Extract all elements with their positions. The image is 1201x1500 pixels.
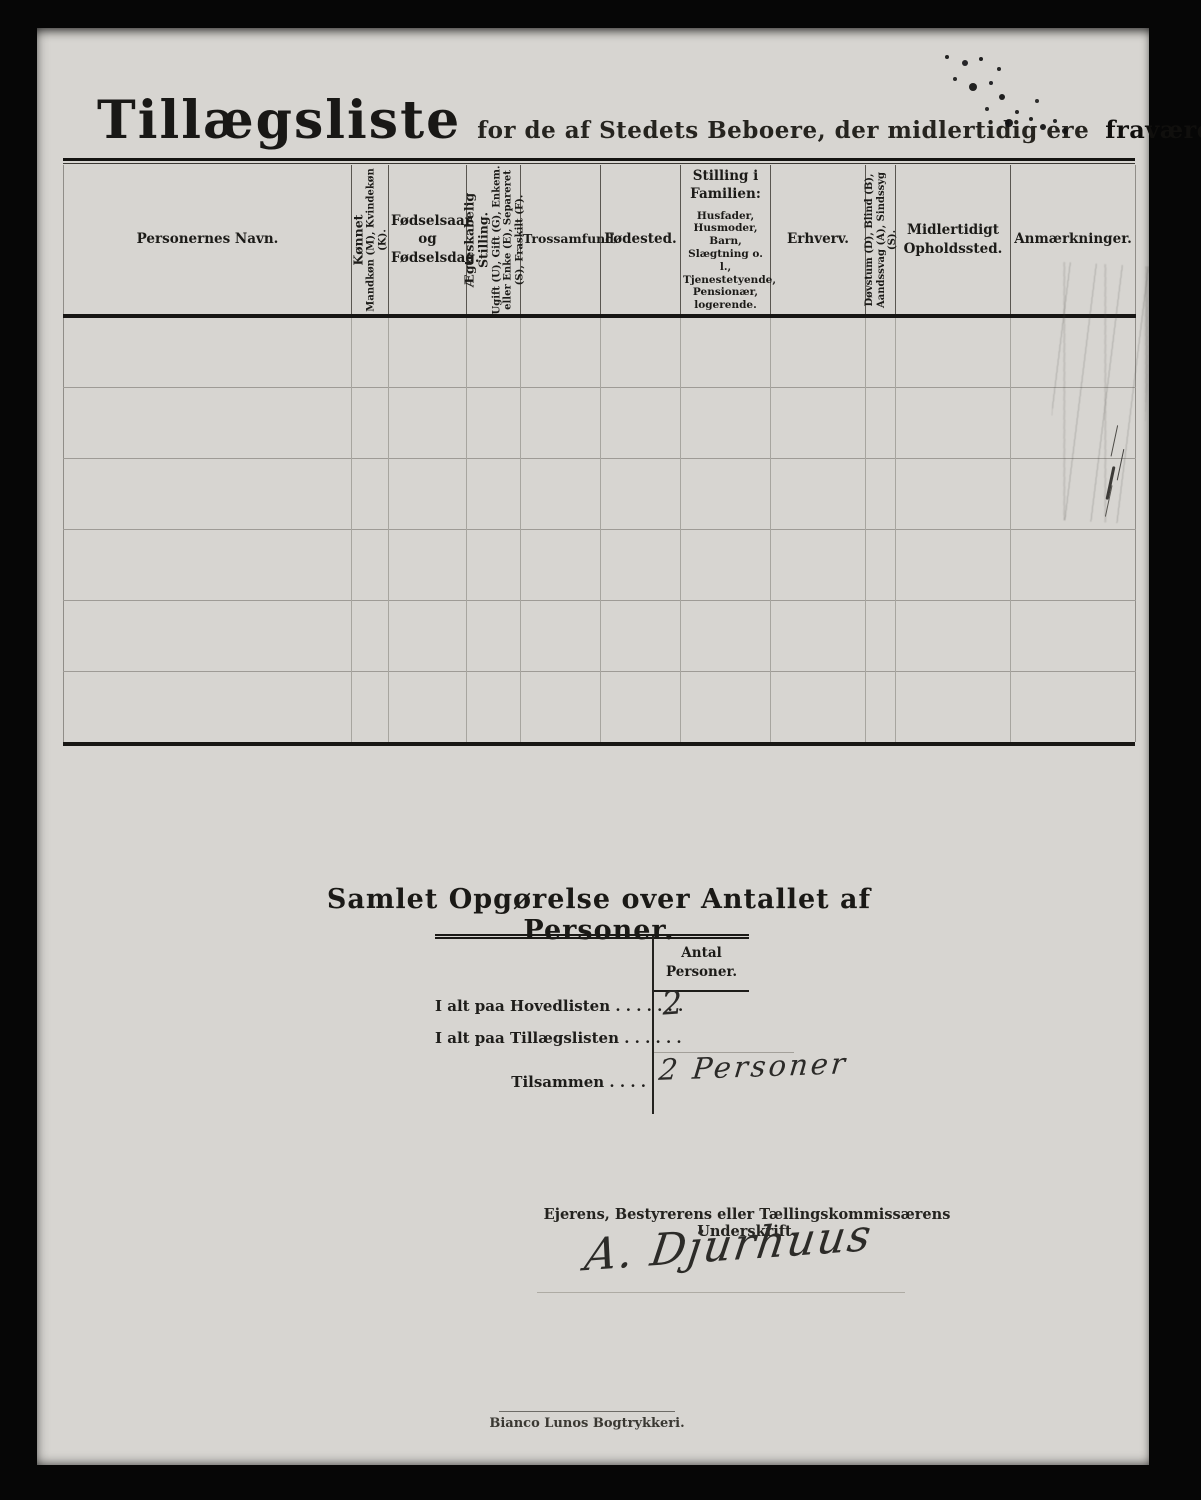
page-title: Tillægsliste for de af Stedets Beboere, … <box>97 90 1127 151</box>
paper: Tillægsliste for de af Stedets Beboere, … <box>37 28 1149 1465</box>
census-grid: Personernes Navn. Kønnet Mandkøn (M), Kv… <box>63 165 1136 742</box>
table-bottom-rule <box>63 742 1135 746</box>
scan-background: Tillægsliste for de af Stedets Beboere, … <box>0 0 1201 1500</box>
table-top-rule <box>63 158 1135 165</box>
column-header-occupation: Erhverv. <box>771 165 866 316</box>
column-header-birthplace: Fødested. <box>601 165 681 316</box>
ink-spatter <box>945 55 949 59</box>
column-header-marital-status: Ægteskabelig Stilling. Ugift (U), Gift (… <box>467 165 521 316</box>
summary-column-header: Antal Personer. <box>654 944 749 982</box>
imprint-rule <box>499 1411 675 1412</box>
column-header-birthdate: Fødselsaar og Fødselsdag. <box>389 165 467 316</box>
column-header-name: Personernes Navn. <box>64 165 352 316</box>
signature-underline <box>537 1292 905 1293</box>
summary-row-label-tilsammen: Tilsammen . . . . <box>435 1073 646 1091</box>
column-header-religion: Trossamfund. <box>521 165 601 316</box>
summary-table: Antal Personer. I alt paa Hovedlisten . … <box>435 934 749 1116</box>
handwritten-count-hovedlisten: 2 <box>661 983 684 1022</box>
column-header-family-position: Stilling i Familien: Husfader, Husmoder,… <box>681 165 771 316</box>
table-row <box>64 316 1136 387</box>
summary-row-label-hovedlisten: I alt paa Hovedlisten . . . . . . . <box>435 997 646 1015</box>
column-header-temporary-residence: Midlertidigt Opholdssted. <box>896 165 1011 316</box>
header-row: Personernes Navn. Kønnet Mandkøn (M), Kv… <box>64 165 1136 316</box>
handwritten-count-total: 2 Personer <box>657 1043 940 1087</box>
table-row <box>64 387 1136 458</box>
summary-top-rule <box>435 934 749 939</box>
table-row <box>64 671 1136 742</box>
imprint: Bianco Lunos Bogtrykkeri. <box>449 1416 725 1431</box>
column-header-disabilities: Døvstum (D), Blind (B), Aandssvag (A), S… <box>866 165 896 316</box>
page-title-main: Tillægsliste <box>97 90 461 151</box>
census-table: Personernes Navn. Kønnet Mandkøn (M), Kv… <box>63 158 1135 746</box>
ink-smudge-streaks <box>1046 262 1153 525</box>
summary-row-label-tillaegslisten: I alt paa Tillægslisten . . . . . . <box>435 1029 646 1047</box>
table-row <box>64 529 1136 600</box>
page-title-emphasis: fraværende. <box>1105 115 1201 144</box>
table-row <box>64 600 1136 671</box>
table-row <box>64 458 1136 529</box>
column-header-sex: Kønnet Mandkøn (M), Kvindekøn (K). <box>352 165 389 316</box>
page-title-subtitle: for de af Stedets Beboere, der midlertid… <box>477 117 1089 144</box>
